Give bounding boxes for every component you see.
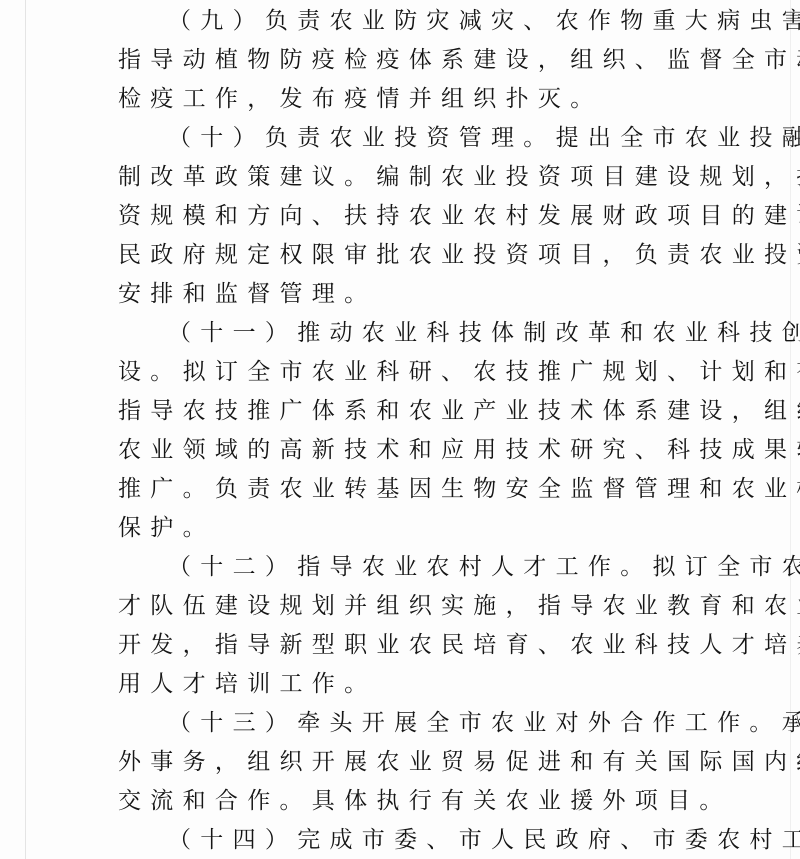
text-line: 资规模和方向、扶持农业农村发展财政项目的建议。按市人 [118, 197, 702, 236]
text-line: 检疫工作，发布疫情并组织扑灭。 [118, 80, 702, 119]
paragraph-item-11: （十一）推动农业科技体制改革和农业科技创新体系建 设。拟订全市农业科研、农技推广… [118, 314, 702, 548]
text-line: 交流和合作。具体执行有关农业援外项目。 [118, 782, 702, 821]
document-body: （九）负责农业防灾减灾、农作物重大病虫害防治工作。 指导动植物防疫检疫体系建设，… [118, 2, 702, 859]
paragraph-item-9: （九）负责农业防灾减灾、农作物重大病虫害防治工作。 指导动植物防疫检疫体系建设，… [118, 2, 702, 119]
text-line: （十）负责农业投资管理。提出全市农业投融资体制机 [118, 119, 702, 158]
text-line: 用人才培训工作。 [118, 665, 702, 704]
text-line: （九）负责农业防灾减灾、农作物重大病虫害防治工作。 [118, 2, 702, 41]
paragraph-item-13: （十三）牵头开展全市农业对外合作工作。承办农业涉 外事务，组织开展农业贸易促进和… [118, 704, 702, 821]
text-line: 开发，指导新型职业农民培育、农业科技人才培养和农村实 [118, 626, 702, 665]
text-line: 保护。 [118, 509, 702, 548]
paragraph-item-10: （十）负责农业投资管理。提出全市农业投融资体制机 制改革政策建议。编制农业投资项… [118, 119, 702, 314]
text-line: 安排和监督管理。 [118, 275, 702, 314]
paragraph-item-14: （十四）完成市委、市人民政府、市委农村工作领导小 [118, 821, 702, 859]
text-line: （十二）指导农业农村人才工作。拟订全市农业农村人 [118, 548, 702, 587]
text-line: 指导农技推广体系和农业产业技术体系建设，组织开展全市 [118, 392, 702, 431]
text-line: （十三）牵头开展全市农业对外合作工作。承办农业涉 [118, 704, 702, 743]
text-line: 设。拟订全市农业科研、农技推广规划、计划和有关政策。 [118, 353, 702, 392]
text-line: 农业领域的高新技术和应用技术研究、科技成果转化和技术 [118, 431, 702, 470]
scanned-document-page: （九）负责农业防灾减灾、农作物重大病虫害防治工作。 指导动植物防疫检疫体系建设，… [0, 0, 800, 859]
scan-edge-artifact [25, 0, 26, 859]
text-line: 指导动植物防疫检疫体系建设，组织、监督全市动植物防疫 [118, 41, 702, 80]
text-line: 才队伍建设规划并组织实施，指导农业教育和农业职业技能 [118, 587, 702, 626]
text-line: 制改革政策建议。编制农业投资项目建设规划，提出农业投 [118, 158, 702, 197]
text-line: 民政府规定权限审批农业投资项目，负责农业投资项目资金 [118, 236, 702, 275]
text-line: 外事务，组织开展农业贸易促进和有关国际国内经济、技术 [118, 743, 702, 782]
paragraph-item-12: （十二）指导农业农村人才工作。拟订全市农业农村人 才队伍建设规划并组织实施，指导… [118, 548, 702, 704]
text-line: （十一）推动农业科技体制改革和农业科技创新体系建 [118, 314, 702, 353]
text-line: 推广。负责农业转基因生物安全监督管理和农业植物新品种 [118, 470, 702, 509]
text-line: （十四）完成市委、市人民政府、市委农村工作领导小 [118, 821, 702, 859]
